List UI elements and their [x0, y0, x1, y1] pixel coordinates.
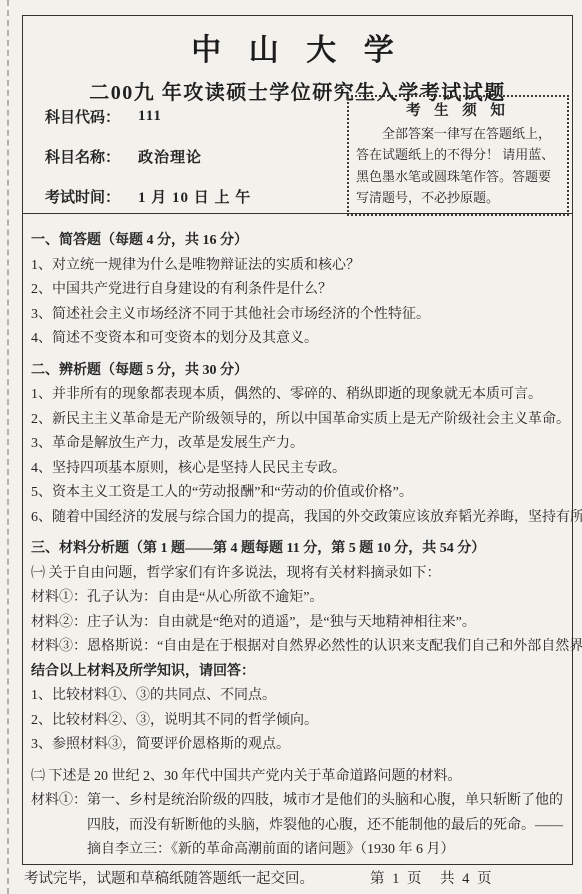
question-line: 1、并非所有的现象都表现本质，偶然的、零碎的、稍纵即逝的现象就无本质可言。	[31, 383, 568, 408]
header-area: 中 山 大 学 二00九 年攻读硕士学位研究生入学考试试题 科目代码： 111 …	[23, 16, 572, 213]
question-line: 2、新民主主义革命是无产阶级领导的，所以中国革命实质上是无产阶级社会主义革命。	[31, 408, 568, 433]
page-footer: 考试完毕，试题和草稿纸随答题纸一起交回。 第 1 页 共 4 页	[24, 867, 575, 888]
section-2-heading: 二、辨析题（每题 5 分，共 30 分）	[31, 359, 568, 384]
question-line: 2、比较材料②、③，说明其不同的哲学倾向。	[31, 709, 568, 734]
question-line: 4、简述不变资本和可变资本的划分及其意义。	[31, 327, 568, 352]
section-material-analysis-part2: ㈡ 下述是 20 世纪 2、30 年代中国共产党内关于革命道路问题的材料。 材料…	[31, 765, 568, 863]
question-line: 4、坚持四项基本原则，核心是坚持人民民主专政。	[31, 457, 568, 482]
question-line: 6、随着中国经济的发展与综合国力的提高，我国的外交政策应该放弃韬光养晦，坚持有所…	[31, 506, 568, 531]
footer-return-note: 考试完毕，试题和草稿纸随答题纸一起交回。	[24, 867, 314, 888]
section-material-analysis: 三、材料分析题（第 1 题——第 4 题每题 11 分，第 5 题 10 分，共…	[31, 537, 568, 758]
material-text: 第一、乡村是统治阶级的四肢，城市才是他们的头脑和心腹，单只斩断了他的四肢，而没有…	[87, 789, 568, 863]
question-line: 1、对立统一规律为什么是唯物辩证法的实质和核心？	[31, 254, 568, 279]
subject-code-label: 科目代码：	[45, 106, 120, 127]
question-line: 1、比较材料①、③的共同点、不同点。	[31, 684, 568, 709]
section-short-answer: 一、简答题（每题 4 分，共 16 分） 1、对立统一规律为什么是唯物辩证法的实…	[31, 229, 568, 352]
material-paragraph: 材料①： 第一、乡村是统治阶级的四肢，城市才是他们的头脑和心腹，单只斩断了他的四…	[31, 789, 568, 863]
exam-time-row: 考试时间： 1 月 10 日 上 午	[45, 176, 251, 216]
material-line: 材料①：孔子认为：自由是“从心所欲不逾矩”。	[31, 586, 568, 611]
exam-time-value: 1 月 10 日 上 午	[138, 186, 251, 207]
page-number: 第 1 页 共 4 页	[370, 867, 494, 888]
subject-name-row: 科目名称： 政治理论	[45, 136, 251, 176]
part-2-intro: ㈡ 下述是 20 世纪 2、30 年代中国共产党内关于革命道路问题的材料。	[31, 765, 568, 790]
subject-name-value: 政治理论	[138, 146, 202, 167]
exam-meta-block: 科目代码： 111 科目名称： 政治理论 考试时间： 1 月 10 日 上 午	[45, 96, 251, 216]
exam-time-label: 考试时间：	[45, 186, 120, 207]
exam-paper-page: 中 山 大 学 二00九 年攻读硕士学位研究生入学考试试题 科目代码： 111 …	[0, 0, 582, 894]
question-line: 2、中国共产党进行自身建设的有利条件是什么？	[31, 278, 568, 303]
university-title: 中 山 大 学	[23, 16, 572, 69]
section-1-heading: 一、简答题（每题 4 分，共 16 分）	[31, 229, 568, 254]
part-1-lead: 结合以上材料及所学知识，请回答：	[31, 660, 568, 685]
question-line: 3、简述社会主义市场经济不同于其他社会市场经济的个性特征。	[31, 303, 568, 328]
part-1-intro: ㈠ 关于自由问题，哲学家们有许多说法，现将有关材料摘录如下：	[31, 562, 568, 587]
notice-line: 全部答案一律写在答题纸上，	[356, 123, 560, 145]
material-line: 材料③：恩格斯说：“自由是在于根据对自然界必然性的认识来支配我们自己和外部自然界…	[31, 635, 568, 660]
material-line: 材料②：庄子认为：自由就是“绝对的逍遥”，是“独与天地精神相往来”。	[31, 611, 568, 636]
question-line: 3、参照材料③，简要评价恩格斯的观点。	[31, 733, 568, 758]
subject-name-label: 科目名称：	[45, 146, 120, 167]
notice-title: 考 生 须 知	[356, 101, 560, 123]
question-line: 3、革命是解放生产力，改革是发展生产力。	[31, 432, 568, 457]
exam-sheet-frame: 中 山 大 学 二00九 年攻读硕士学位研究生入学考试试题 科目代码： 111 …	[22, 15, 573, 865]
subject-code-row: 科目代码： 111	[45, 96, 251, 136]
candidate-notice-box: 考 生 须 知 全部答案一律写在答题纸上， 答在试题纸上的不得分！ 请用蓝、 黑…	[347, 95, 569, 216]
exam-content-area: 一、简答题（每题 4 分，共 16 分） 1、对立统一规律为什么是唯物辩证法的实…	[23, 213, 572, 863]
material-label: 材料①：	[31, 789, 87, 814]
section-true-false-analysis: 二、辨析题（每题 5 分，共 30 分） 1、并非所有的现象都表现本质，偶然的、…	[31, 359, 568, 531]
binding-edge-line	[7, 0, 9, 894]
section-3-heading: 三、材料分析题（第 1 题——第 4 题每题 11 分，第 5 题 10 分，共…	[31, 537, 568, 562]
notice-line: 黑色墨水笔或圆珠笔作答。答题要	[356, 166, 560, 188]
notice-line: 答在试题纸上的不得分！ 请用蓝、	[356, 144, 560, 166]
question-line: 5、资本主义工资是工人的“劳动报酬”和“劳动的价值或价格”。	[31, 481, 568, 506]
subject-code-value: 111	[138, 108, 162, 125]
notice-line: 写清题号，不必抄原题。	[356, 187, 560, 209]
